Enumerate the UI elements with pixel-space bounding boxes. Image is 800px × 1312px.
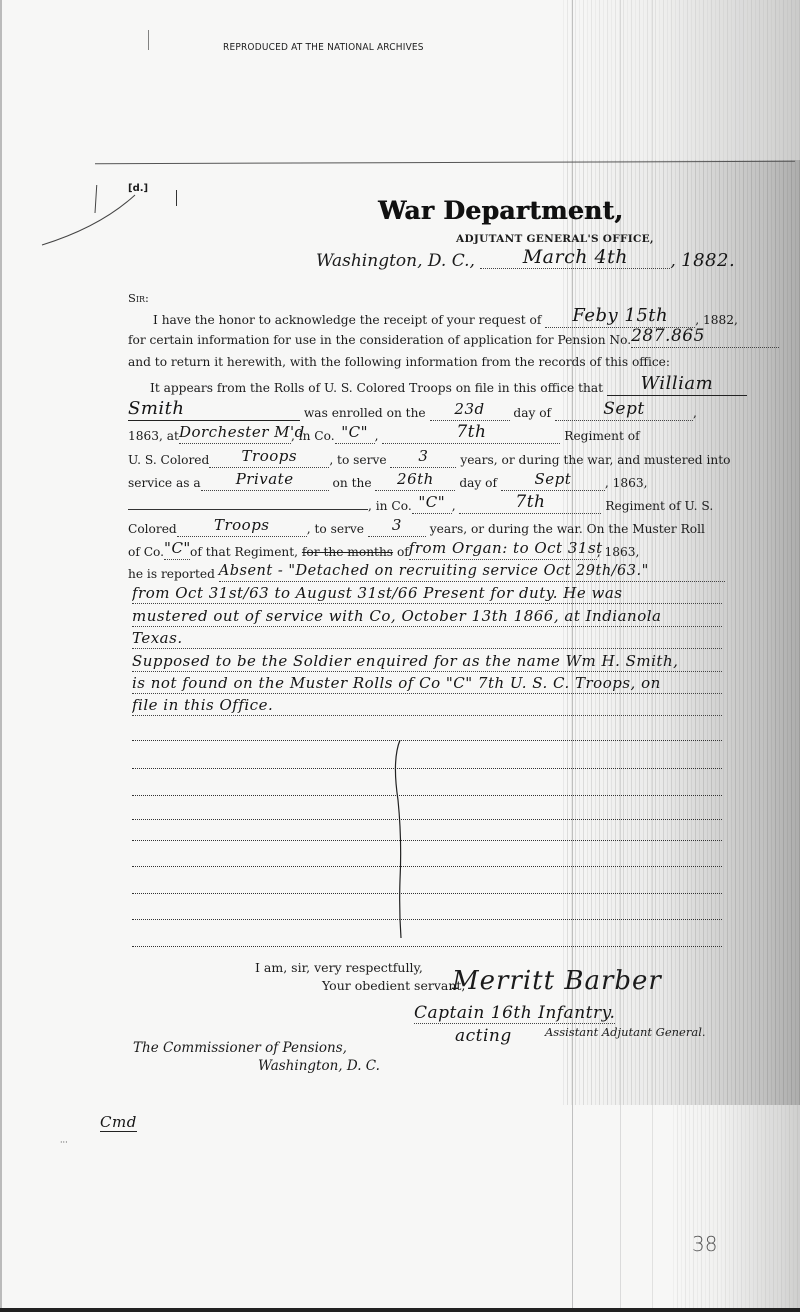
body-line-5: Smith was enrolled on the 23d day of Sep… <box>128 405 722 421</box>
department-title: War Department, <box>378 196 623 225</box>
company-field: "C" <box>335 428 375 444</box>
scan-shading-bottom <box>670 1105 800 1312</box>
place-date-line: Washington, D. C., March 4th, 1882. <box>316 250 735 271</box>
corner-mark: [d.] <box>128 183 148 194</box>
blank-rule <box>132 840 722 841</box>
body-line-4: It appears from the Rolls of U. S. Color… <box>150 380 744 396</box>
rank-field: Private <box>201 475 329 491</box>
branch2-field: Troops <box>177 521 307 537</box>
body-line-8: service as aPrivate on the 26th day of S… <box>128 475 722 491</box>
scan-bottom-edge <box>0 1308 800 1312</box>
struck-text: for the months <box>302 545 393 559</box>
report-line-4: Supposed to be the Soldier enquired for … <box>132 654 722 673</box>
closing-line-2: Your obedient servant, <box>322 978 465 993</box>
closing-line-1: I am, sir, very respectfully, <box>255 960 423 975</box>
place: Washington, D. C., <box>316 251 475 271</box>
signer-acting: acting <box>455 1026 512 1046</box>
company2-field: "C" <box>412 498 452 514</box>
report-line-1: from Oct 31st/63 to August 31st/66 Prese… <box>132 586 722 605</box>
scan-mark <box>176 190 177 206</box>
branch-field: Troops <box>209 452 329 468</box>
regiment2-field: 7th <box>459 498 601 514</box>
clerk-initials: Cmd <box>100 1113 137 1132</box>
first-name-field: William <box>607 380 747 396</box>
blank-rule <box>132 946 722 947</box>
report-line-2: mustered out of service with Co, October… <box>132 609 722 628</box>
term-field: 3 <box>390 452 456 468</box>
blank-rule <box>132 768 722 769</box>
body-line-10: ColoredTroops, to serve 3 years, or duri… <box>128 521 722 537</box>
pension-number-field: 287.865 <box>631 332 779 348</box>
enroll-month-field: Sept <box>555 405 693 421</box>
report-line-6: file in this Office. <box>132 698 722 717</box>
addressee-line-1: The Commissioner of Pensions, <box>133 1040 347 1056</box>
blank-rule <box>132 893 722 894</box>
muster-month-field: Sept <box>501 475 605 491</box>
signer-title: Captain 16th Infantry. <box>414 1003 615 1024</box>
enroll-day-field: 23d <box>430 405 510 421</box>
salutation: Sir: <box>128 290 722 306</box>
body-line-3: and to return it herewith, with the foll… <box>128 354 722 370</box>
cancel-brace-line <box>390 740 410 940</box>
blank-rule <box>132 866 722 867</box>
scan-left-edge <box>0 0 2 1312</box>
report-line-0: Absent - "Detached on recruiting service… <box>219 567 725 582</box>
addressee-line-2: Washington, D. C. <box>258 1058 380 1074</box>
blank-rule <box>132 919 722 920</box>
report-line-3: Texas. <box>132 631 722 650</box>
body-line-9: , in Co."C", 7th Regiment of U. S. <box>128 498 722 514</box>
blank-rule <box>132 819 722 820</box>
body-line-11: of Co."C"of that Regiment, for the month… <box>128 544 722 560</box>
signer-office: Assistant Adjutant General. <box>545 1025 706 1039</box>
report-line-5: is not found on the Muster Rolls of Co "… <box>132 676 722 695</box>
body-line-2: for certain information for use in the c… <box>128 332 722 348</box>
company3-field: "C" <box>164 544 190 560</box>
scan-shading-top <box>560 0 800 160</box>
signature: Merritt Barber <box>452 966 662 996</box>
muster-day-field: 26th <box>375 475 455 491</box>
roll-period-field: from Organ: to Oct 31st <box>409 544 597 560</box>
letter-date-field: March 4th <box>480 253 670 269</box>
term2-field: 3 <box>368 521 426 537</box>
body-line-6: 1863, atDorchester M'd, in Co."C", 7th R… <box>128 428 722 444</box>
body-line-12: he is reported Absent - "Detached on rec… <box>128 566 722 582</box>
document-top-edge <box>95 161 795 164</box>
blank-rule <box>132 795 722 796</box>
enroll-place-field: Dorchester M'd <box>179 428 291 444</box>
office-name: ADJUTANT GENERAL'S OFFICE, <box>456 233 654 245</box>
blank-rule <box>132 740 722 741</box>
regiment-field: 7th <box>382 428 560 444</box>
archive-stamp: REPRODUCED AT THE NATIONAL ARCHIVES <box>223 42 424 53</box>
page-number: 38 <box>692 1232 717 1256</box>
letter-year: 1882. <box>681 250 735 271</box>
scan-mark <box>148 30 149 50</box>
body-line-7: U. S. ColoredTroops, to serve 3 years, o… <box>128 452 722 468</box>
scan-mark: ··· <box>60 1138 68 1147</box>
struck-field <box>128 509 368 510</box>
last-name-field: Smith <box>128 405 300 421</box>
